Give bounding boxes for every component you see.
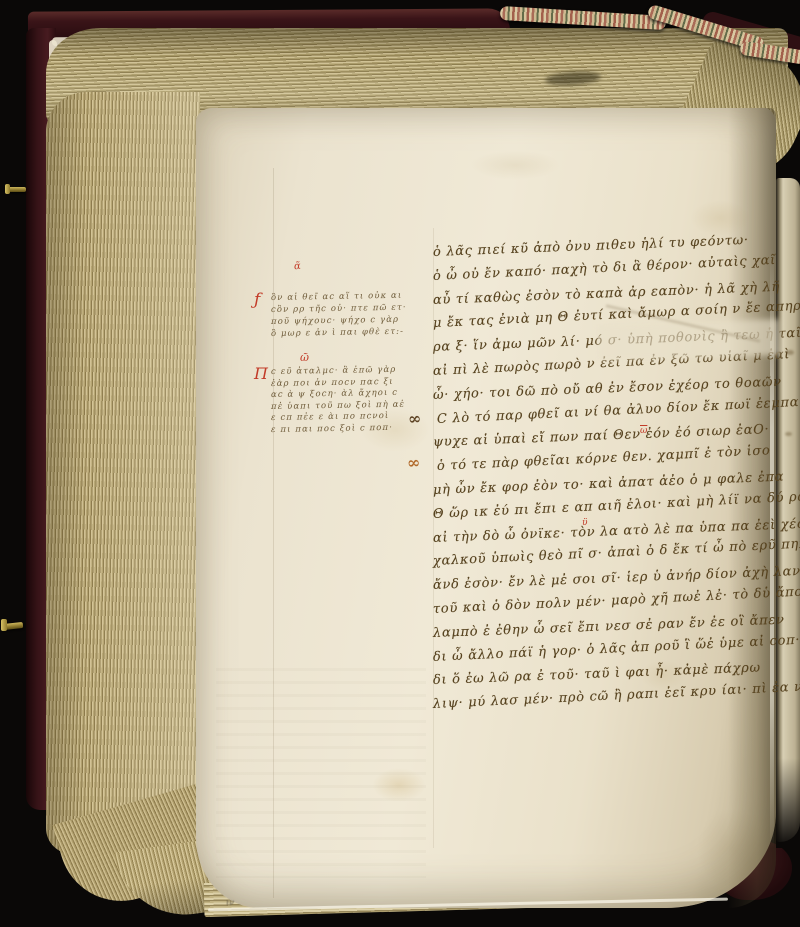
- rubric-initial: ƒ: [254, 292, 260, 309]
- marginal-note-line: ἐὰρ ποι ἀν ποϲν παϲ ξι: [271, 378, 394, 389]
- rubric-mark: ῶ: [300, 352, 309, 363]
- stain: [690, 200, 750, 236]
- stain: [696, 808, 766, 888]
- clasp-pin-top-head: [5, 184, 10, 194]
- marginal-note-line: ὃ μωρ ε ἀν ὶ παι φθὲ ετ:-: [271, 328, 404, 339]
- edge-inscription: ιν: [225, 899, 234, 907]
- marginal-note-line: ὃν αἱ θεῖ αϲ αἵ τι οὐκ αι: [271, 292, 402, 303]
- marginal-note-line: ϲὂν ρρ τῆϲ οὐ· πτε πῶ ετ·: [271, 304, 407, 315]
- ink-showthrough: [216, 668, 426, 878]
- page-fore-edges: [46, 92, 200, 854]
- rubric-superscript: ϋ: [582, 519, 587, 528]
- rubric-superscript: ω: [640, 427, 647, 436]
- paragraph-ornament: ∞: [406, 455, 420, 472]
- marginal-note-line: ε πι παι ποϲ ξοὶ ϲ ποπ·: [271, 424, 393, 435]
- marginal-note-line: αϲ ὰ ψ ξοϲη· ὰλ ἄχηοι ϲ: [271, 389, 398, 400]
- clasp-pin-bottom-head: [1, 619, 7, 631]
- rubric-mark: ᾶ: [293, 262, 301, 273]
- endband-braid: [500, 6, 667, 30]
- gutter-fade: [776, 758, 800, 848]
- marginal-note-line: ε ϲπ πἐε ε ὰι πο πϲνοὶ: [271, 412, 389, 423]
- rubric-initial: Π: [254, 366, 268, 382]
- clasp-pin-top: [8, 187, 26, 192]
- marginal-note-line: πἐ ὑαπι τοῦ πω ξοὶ πὴ αἐ: [271, 401, 405, 412]
- manuscript-photograph: ᾶ ƒ ὃν αἱ θεῖ αϲ αἵ τι οὐκ αι ϲὂν ρρ τῆϲ…: [0, 0, 800, 927]
- showthrough-mark: [785, 432, 792, 436]
- facing-page-edge: [776, 178, 800, 842]
- paragraph-ornament: ∞: [407, 411, 421, 428]
- marginal-note-line: ϲ εῦ ἀταλμϲ· ἃ ἐπῶ γὰρ: [271, 366, 397, 377]
- stain: [470, 150, 560, 180]
- marginal-note-line: ποῦ ψήχουϲ· ψήχο ϲ γὰρ: [271, 316, 399, 327]
